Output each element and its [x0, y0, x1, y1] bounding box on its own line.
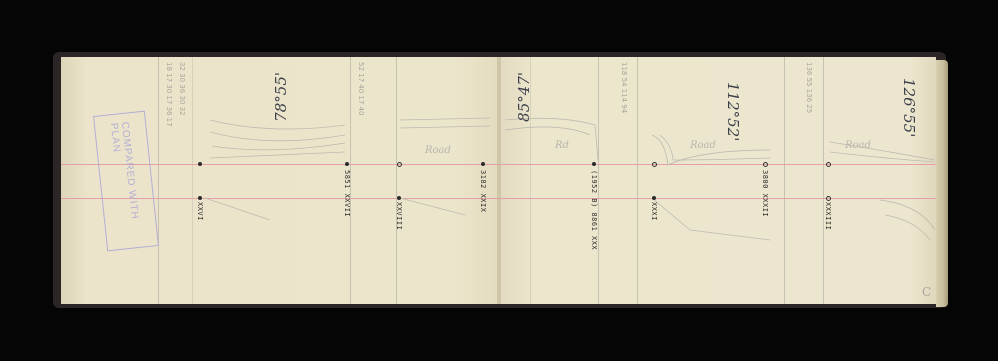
pencil-notes: 32 30 36 30 32 [178, 62, 186, 115]
station-label: 3800 XXXII [761, 170, 769, 217]
road-label: Road [690, 140, 716, 151]
station-label: (1952 B) 8861 XXX [590, 170, 598, 250]
bearing-annotation: 126°55' [900, 78, 918, 137]
road-label: Road [425, 145, 451, 156]
station-label: XXXIII [824, 202, 832, 230]
page-mark: C [922, 285, 931, 299]
station-point [592, 162, 596, 166]
station-point [397, 196, 401, 200]
station-point [198, 196, 202, 200]
station-label: XXXI [650, 202, 658, 221]
bearing-annotation: 112°52' [724, 82, 742, 141]
station-point [397, 162, 402, 167]
pencil-notes: 136 55 136 25 [805, 62, 813, 113]
bearing-annotation: 85°47' [515, 72, 533, 122]
station-label: 5851 XXVII [343, 170, 351, 217]
station-point [481, 162, 485, 166]
station-point [198, 162, 202, 166]
station-point [763, 162, 768, 167]
road-label: Road [845, 140, 871, 151]
station-point [826, 196, 831, 201]
road-label: Rd [555, 140, 569, 151]
station-point [652, 162, 657, 167]
station-label: XXVIII [395, 202, 403, 230]
station-label: XXVI [196, 202, 204, 221]
station-point [652, 196, 656, 200]
station-point [826, 162, 831, 167]
station-label: 3182 XXIX [479, 170, 487, 212]
station-point [345, 162, 349, 166]
pencil-notes: 52 17 40 17 40 [357, 62, 365, 115]
pencil-notes: 18 17 30 17 36 17 [165, 62, 173, 127]
pencil-notes: 118 54 114 94 [620, 62, 628, 113]
bearing-annotation: 78°55' [272, 72, 290, 122]
